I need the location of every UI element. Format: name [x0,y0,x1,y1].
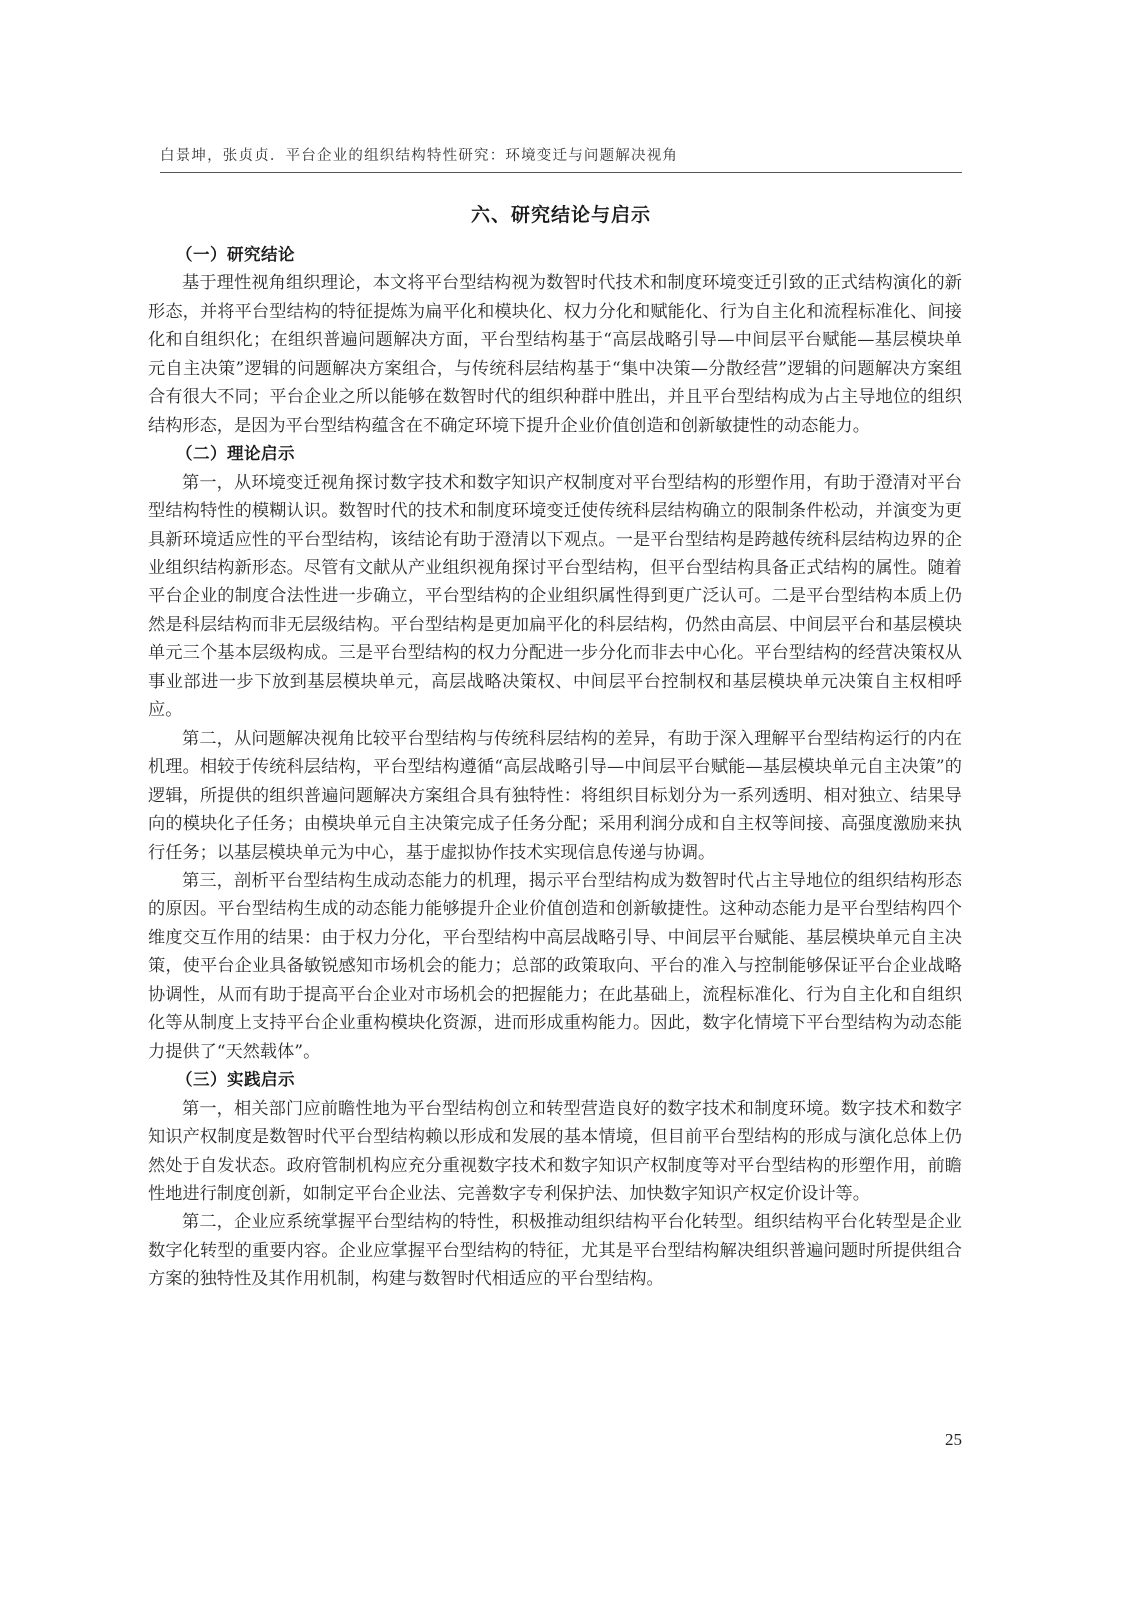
paragraph: 第一，从环境变迁视角探讨数字技术和数字知识产权制度对平台型结构的形塑作用，有助于… [148,469,962,725]
paragraph: 第二，企业应系统掌握平台型结构的特性，积极推动组织结构平台化转型。组织结构平台化… [148,1208,962,1293]
paragraph: 第二，从问题解决视角比较平台型结构与传统科层结构的差异，有助于深入理解平台型结构… [148,725,962,867]
subsection-heading-practice: （三）实践启示 [148,1066,962,1094]
paragraph: 第一，相关部门应前瞻性地为平台型结构创立和转型营造良好的数字技术和制度环境。数字… [148,1095,962,1209]
header-rule [160,172,962,173]
subsection-heading-theory: （二）理论启示 [148,440,962,468]
running-header: 白景坤，张贞贞．平台企业的组织结构特性研究：环境变迁与问题解决视角 [160,146,962,166]
paragraph: 基于理性视角组织理论，本文将平台型结构视为数智时代技术和制度环境变迁引致的正式结… [148,269,962,440]
page-number: 25 [940,1430,962,1450]
body-text: （一）研究结论 基于理性视角组织理论，本文将平台型结构视为数智时代技术和制度环境… [148,241,962,1294]
paragraph: 第三，剖析平台型结构生成动态能力的机理，揭示平台型结构成为数智时代占主导地位的组… [148,867,962,1066]
section-title: 六、研究结论与启示 [160,200,962,227]
subsection-heading-conclusions: （一）研究结论 [148,241,962,269]
